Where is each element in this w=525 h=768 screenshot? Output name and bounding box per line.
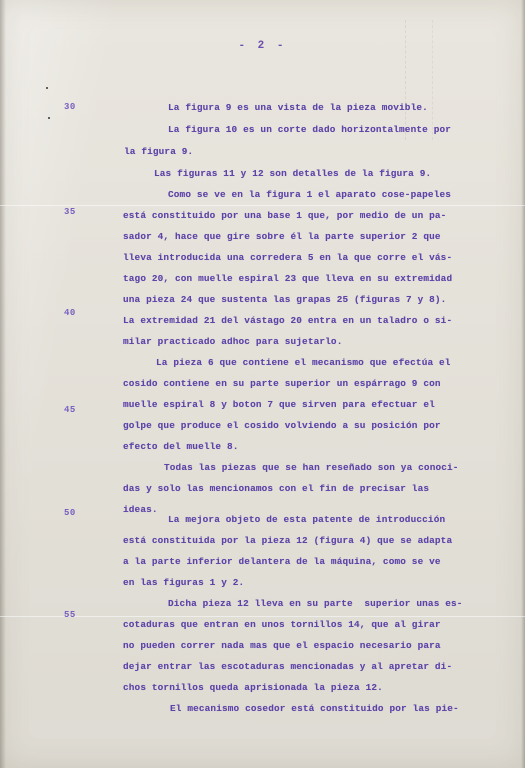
text-line: está constituida por la pieza 12 (figura…	[123, 535, 452, 546]
text-line: a la parte inferior delantera de la máqu…	[123, 556, 441, 567]
margin-line-number: 30	[64, 102, 76, 112]
margin-line-number: 50	[64, 508, 76, 518]
paper-fold-line	[0, 616, 525, 617]
margin-line-number: 55	[64, 610, 76, 620]
text-line: Como se ve en la figura 1 el aparato cos…	[168, 189, 451, 200]
page-edge-left	[0, 0, 6, 768]
margin-line-number: 35	[64, 207, 76, 217]
text-line: golpe que produce el cosido volviendo a …	[123, 420, 441, 431]
text-line: cosido contiene en su parte superior un …	[123, 378, 441, 389]
text-line: La pieza 6 que contiene el mecanismo que…	[156, 357, 451, 368]
text-line: La figura 10 es un corte dado horizontal…	[168, 124, 451, 135]
text-line: La figura 9 es una vista de la pieza mov…	[168, 102, 428, 113]
text-line: chos tornillos queda aprisionada la piez…	[123, 682, 383, 693]
margin-dot	[48, 117, 50, 119]
text-line: El mecanismo cosedor está constituido po…	[170, 703, 459, 714]
text-line: La extremidad 21 del vástago 20 entra en…	[123, 315, 452, 326]
margin-line-number: 40	[64, 308, 76, 318]
text-line: tago 20, con muelle espiral 23 que lleva…	[123, 273, 452, 284]
margin-dot	[46, 87, 48, 89]
text-line: efecto del muelle 8.	[123, 441, 239, 452]
text-line: muelle espiral 8 y boton 7 que sirven pa…	[123, 399, 435, 410]
text-line: cotaduras que entran en unos tornillos 1…	[123, 619, 441, 630]
margin-line-number: 45	[64, 405, 76, 415]
text-line: Las figuras 11 y 12 son detalles de la f…	[154, 168, 431, 179]
text-line: lleva introducida una corredera 5 en la …	[123, 252, 452, 263]
text-line: Dicha pieza 12 lleva en su parte superio…	[168, 598, 463, 609]
faint-stamp-mark	[405, 20, 433, 140]
page-number: - 2 -	[0, 40, 525, 52]
text-line: está constituido por una base 1 que, por…	[123, 210, 446, 221]
text-line: no pueden correr nada mas que el espacio…	[123, 640, 441, 651]
text-line: una pieza 24 que sustenta las grapas 25 …	[123, 294, 446, 305]
text-line: milar practicado adhoc para sujetarlo.	[123, 336, 343, 347]
page-edge-right	[521, 0, 525, 768]
text-line: Todas las piezas que se han reseñado son…	[164, 462, 459, 473]
text-line: la figura 9.	[124, 146, 193, 157]
text-line: La mejora objeto de esta patente de intr…	[168, 514, 445, 525]
text-line: das y solo las mencionamos con el fin de…	[123, 483, 429, 494]
text-line: dejar entrar las escotaduras mencionadas…	[123, 661, 452, 672]
text-line: sador 4, hace que gire sobre él la parte…	[123, 231, 441, 242]
document-page: - 2 - 303540455055 La figura 9 es una vi…	[0, 0, 525, 768]
paper-fold-line	[0, 205, 525, 206]
text-line: en las figuras 1 y 2.	[123, 577, 244, 588]
text-line: ideas.	[123, 504, 158, 515]
